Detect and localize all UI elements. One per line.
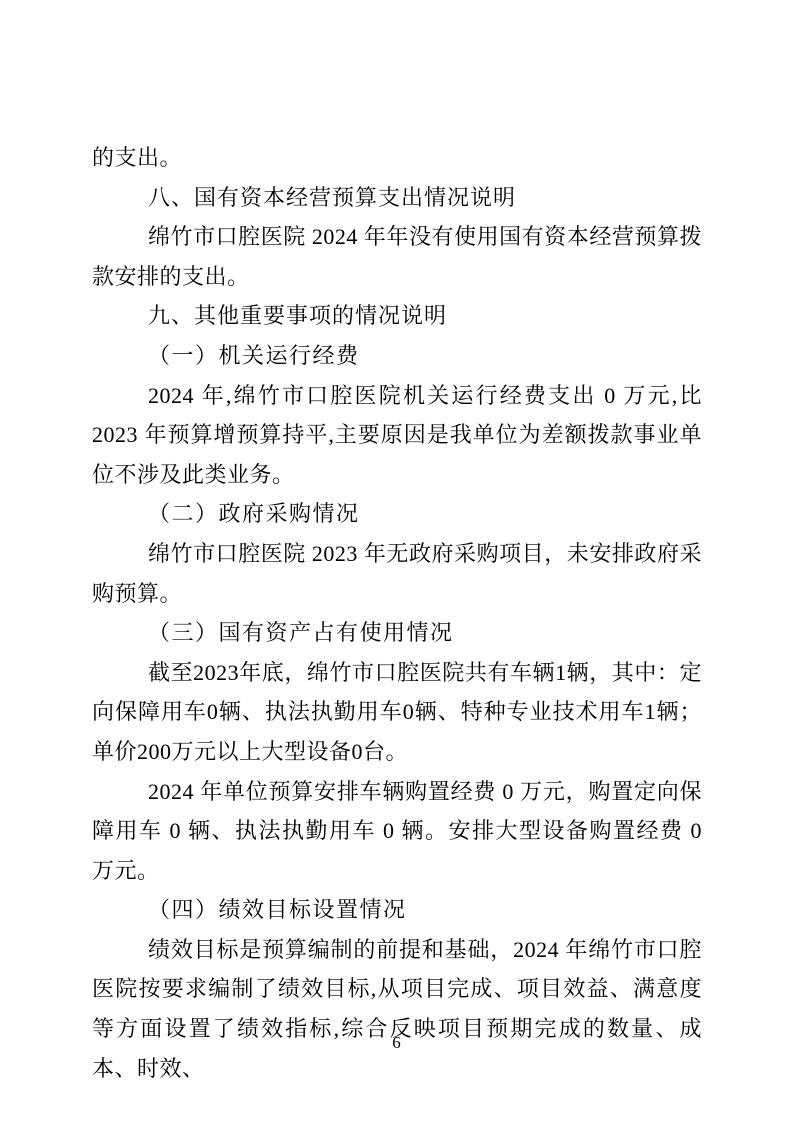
section-heading-9: 九、其他重要事项的情况说明 — [92, 296, 702, 336]
document-page: { "doc": { "blocks": [ { "type": "body-c… — [0, 0, 793, 1122]
paragraph-state-capital-budget: 绵竹市口腔医院 2024 年年没有使用国有资本经营预算拨款安排的支出。 — [92, 217, 702, 296]
document-body: 的支出。 八、国有资本经营预算支出情况说明 绵竹市口腔医院 2024 年年没有使… — [92, 138, 702, 1088]
subsection-heading-2: （二）政府采购情况 — [92, 494, 702, 534]
page-number: 6 — [0, 1033, 793, 1053]
paragraph-state-assets-vehicles: 截至2023年底，绵竹市口腔医院共有车辆1辆，其中：定向保障用车0辆、执法执勤用… — [92, 653, 702, 772]
paragraph-performance-targets: 绩效目标是预算编制的前提和基础，2024 年绵竹市口腔医院按要求编制了绩效目标,… — [92, 930, 702, 1088]
section-heading-8: 八、国有资本经营预算支出情况说明 — [92, 178, 702, 218]
paragraph-continuation: 的支出。 — [92, 138, 702, 178]
subsection-heading-4: （四）绩效目标设置情况 — [92, 890, 702, 930]
subsection-heading-3: （三）国有资产占有使用情况 — [92, 613, 702, 653]
subsection-heading-1: （一）机关运行经费 — [92, 336, 702, 376]
paragraph-government-procurement: 绵竹市口腔医院 2023 年无政府采购项目，未安排政府采购预算。 — [92, 534, 702, 613]
paragraph-operating-expenses: 2024 年,绵竹市口腔医院机关运行经费支出 0 万元,比 2023 年预算增预… — [92, 376, 702, 495]
paragraph-vehicle-purchase-budget: 2024 年单位预算安排车辆购置经费 0 万元，购置定向保障用车 0 辆、执法执… — [92, 772, 702, 891]
